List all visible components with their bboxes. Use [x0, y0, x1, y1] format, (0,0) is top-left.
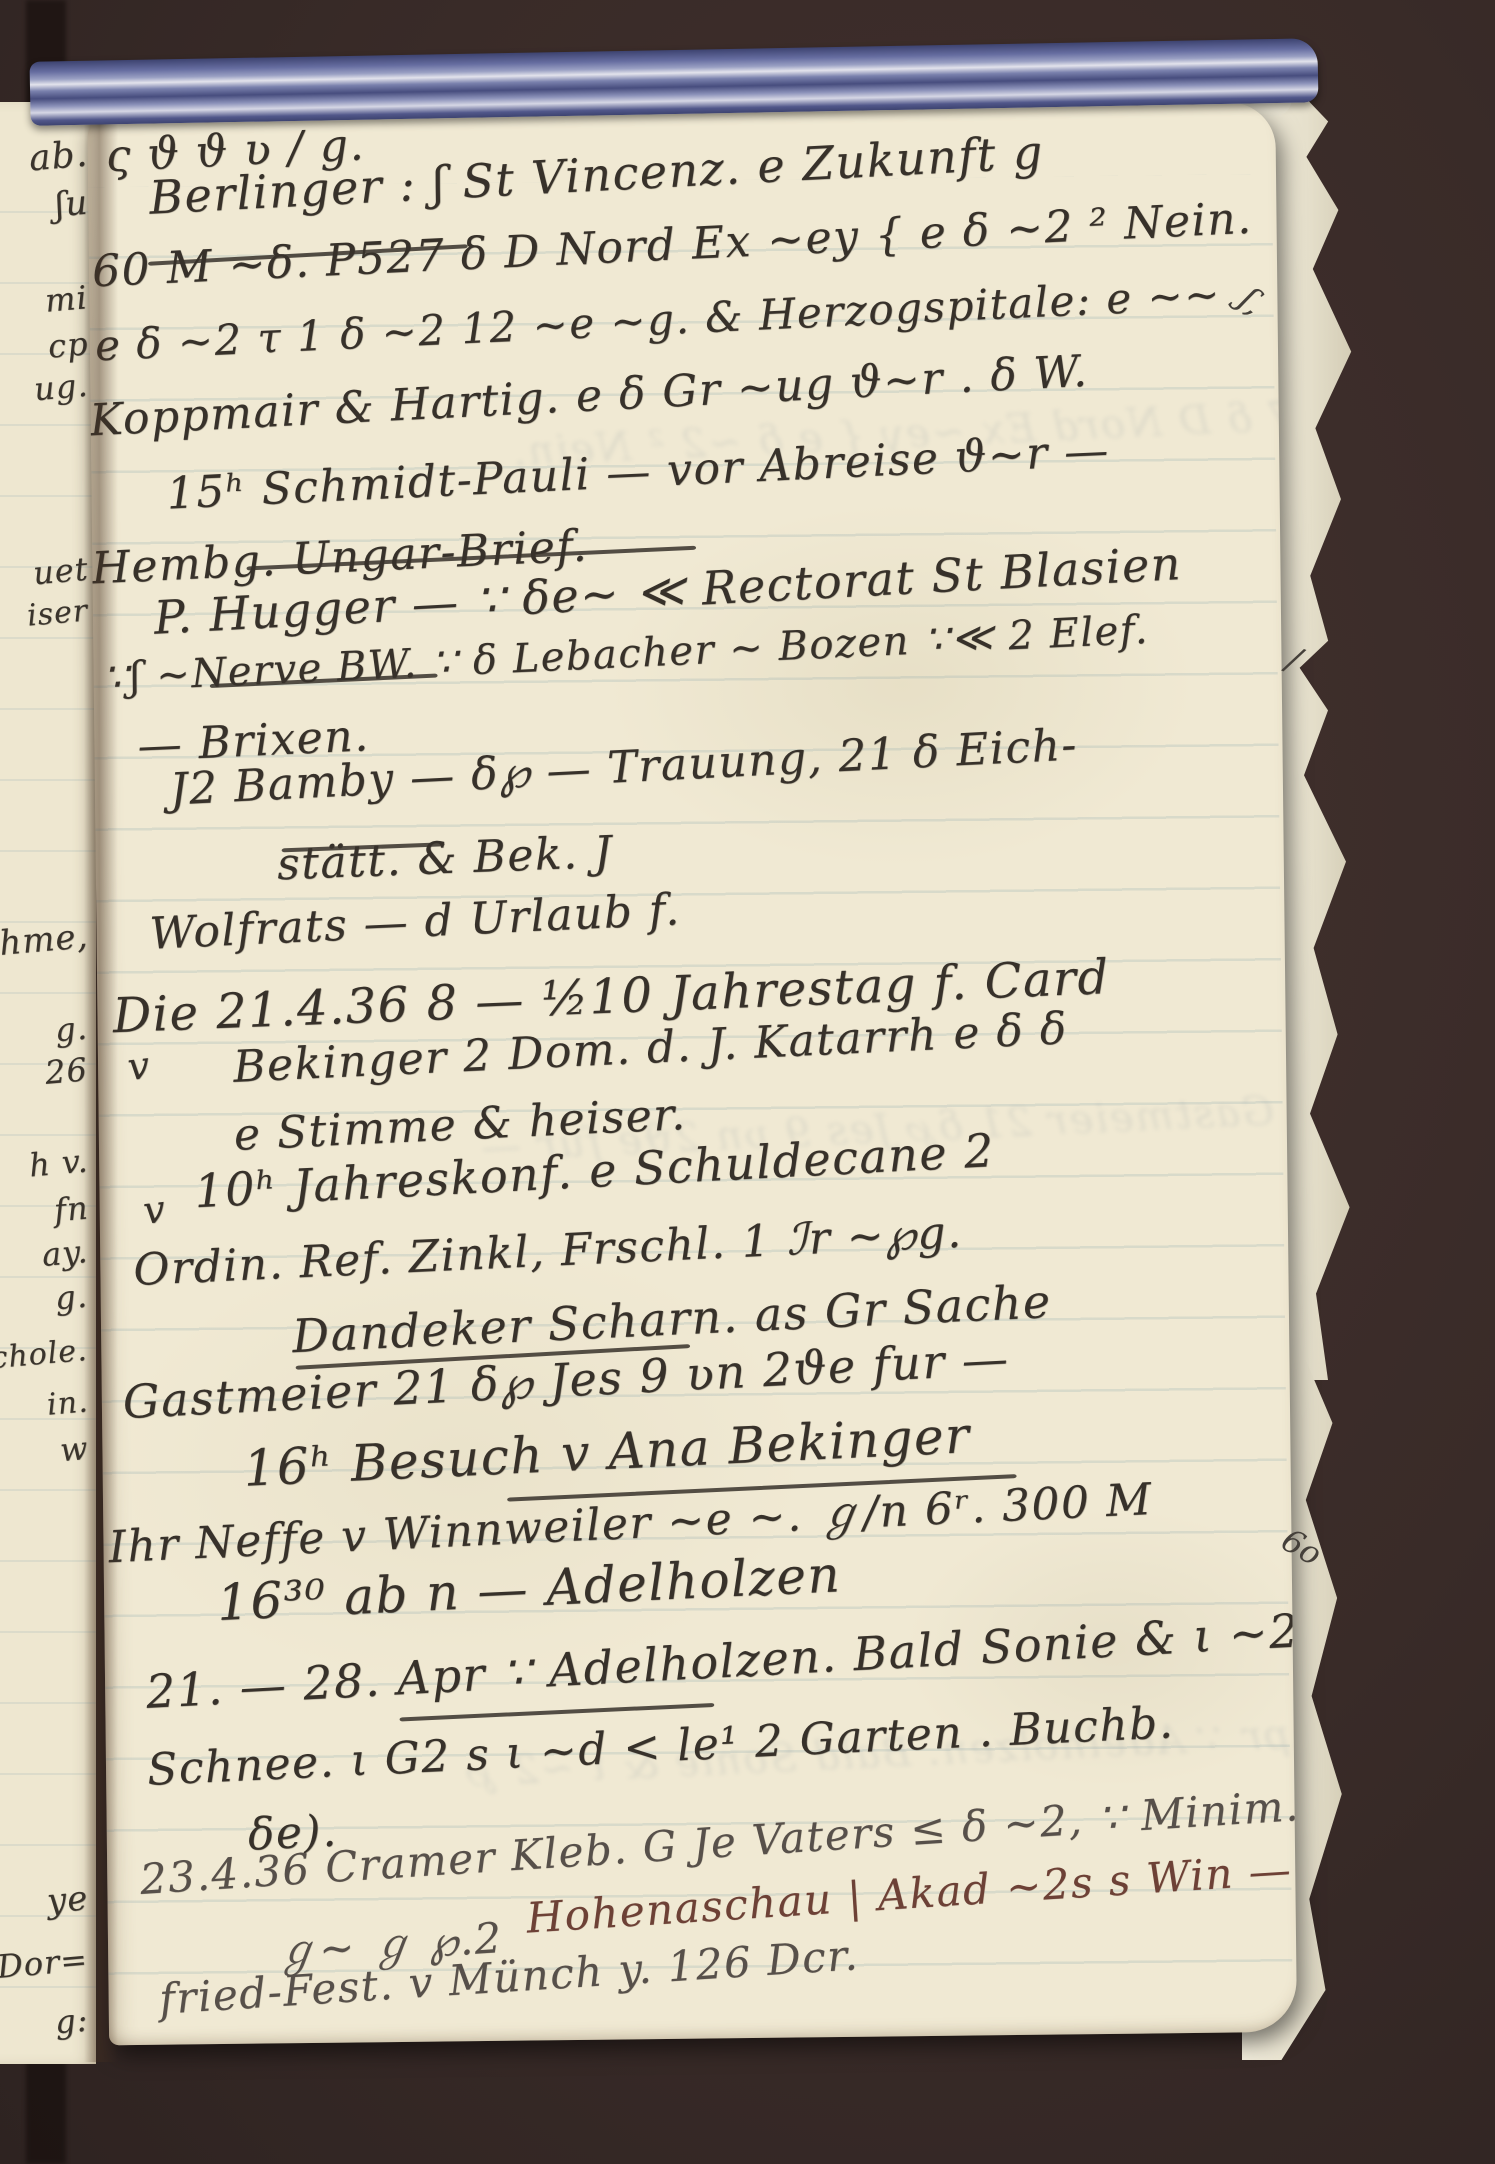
scanned-diary-photo: { "scan": { "background_color": "#392b28…: [0, 0, 1495, 2164]
page-edge-text-fragment: Dor=: [0, 1940, 89, 1986]
previous-page-edge: ab. ʃu mi cp ug. uet iser Schme, g. 26 h…: [0, 102, 96, 2064]
page-edge-text-fragment: uet: [31, 550, 90, 593]
page-edge-text-fragment: iser: [25, 593, 89, 633]
diary-page: 60 M ∼δ. P527 δ D Nord Ex ∼ey { e δ ∼2 ²…: [87, 102, 1297, 2045]
page-edge-text-fragment: ye: [45, 1878, 90, 1921]
page-edge-text-fragment: ug.: [32, 366, 89, 409]
ink-checkmark: v: [141, 1186, 169, 1232]
page-edge-text-fragment: mi: [44, 278, 90, 320]
ink-checkmark: v: [125, 1043, 153, 1089]
page-edge-text-fragment: ab.: [27, 134, 89, 180]
gutter-shadow: [84, 102, 118, 2062]
ruled-lines: [0, 142, 96, 2044]
page-edge-text-fragment: in.: [45, 1384, 89, 1422]
page-edge-text-fragment: 26: [44, 1050, 90, 1092]
page-edge-text-fragment: h v.: [27, 1141, 89, 1184]
page-edge-text-fragment: ay.: [40, 1232, 89, 1274]
